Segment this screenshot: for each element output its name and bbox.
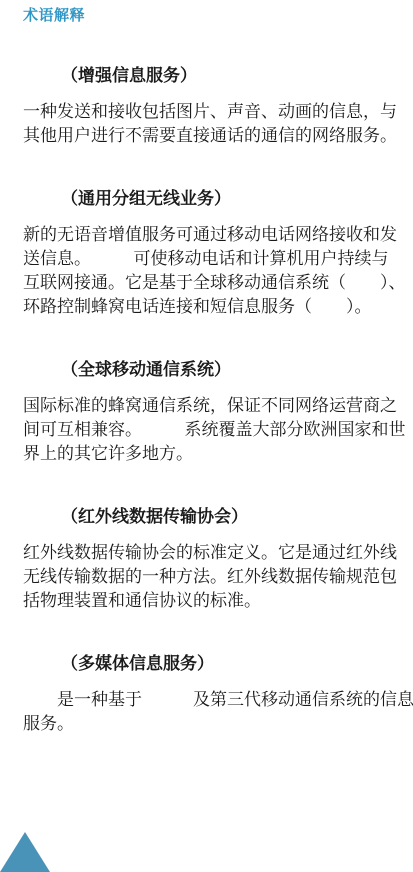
body-line: 新的无语音增值服务可通过移动电话网络接收和发 <box>23 223 399 247</box>
body-line: 间可互相兼容。 系统覆盖大部分欧洲国家和世 <box>23 418 399 442</box>
body-line: 其他用户进行不需要直接通话的通信的网络服务。 <box>23 124 399 148</box>
body-line: 环路控制蜂窝电话连接和短信息服务（ ）。 <box>23 295 399 319</box>
body-line: 无线传输数据的一种方法。红外线数据传输规范包 <box>23 565 399 589</box>
body-line: 国际标准的蜂窝通信系统，保证不同网络运营商之 <box>23 394 399 418</box>
page-corner-triangle <box>0 832 50 872</box>
body-line: 服务。 <box>23 712 399 736</box>
section-heading: （红外线数据传输协会） <box>61 505 399 529</box>
body-line: 送信息。 可使移动电话和计算机用户持续与 <box>23 247 399 271</box>
section-body: 红外线数据传输协会的标准定义。它是通过红外线无线传输数据的一种方法。红外线数据传… <box>23 541 399 613</box>
body-line: 互联网接通。它是基于全球移动通信系统（ ）、 <box>23 271 399 295</box>
body-line: 是一种基于 及第三代移动通信系统的信息 <box>23 688 399 712</box>
glossary-section: （红外线数据传输协会） 红外线数据传输协会的标准定义。它是通过红外线无线传输数据… <box>23 505 399 613</box>
page-content: 术语解释 （增强信息服务） 一种发送和接收包括图片、声音、动画的信息，与其他用户… <box>0 0 413 736</box>
section-heading: （通用分组无线业务） <box>61 187 399 211</box>
section-heading: （增强信息服务） <box>61 64 399 88</box>
section-body: 一种发送和接收包括图片、声音、动画的信息，与其他用户进行不需要直接通话的通信的网… <box>23 100 399 148</box>
body-line: 界上的其它许多地方。 <box>23 442 399 466</box>
glossary-page: 术语解释 （增强信息服务） 一种发送和接收包括图片、声音、动画的信息，与其他用户… <box>0 0 413 872</box>
section-heading: （全球移动通信系统） <box>61 358 399 382</box>
glossary-section: （通用分组无线业务） 新的无语音增值服务可通过移动电话网络接收和发送信息。 可使… <box>23 187 399 319</box>
glossary-section: （多媒体信息服务） 是一种基于 及第三代移动通信系统的信息服务。 <box>23 652 399 736</box>
section-body: 国际标准的蜂窝通信系统，保证不同网络运营商之间可互相兼容。 系统覆盖大部分欧洲国… <box>23 394 399 466</box>
section-heading: （多媒体信息服务） <box>61 652 399 676</box>
body-line: 一种发送和接收包括图片、声音、动画的信息，与 <box>23 100 399 124</box>
body-line: 红外线数据传输协会的标准定义。它是通过红外线 <box>23 541 399 565</box>
glossary-section: （增强信息服务） 一种发送和接收包括图片、声音、动画的信息，与其他用户进行不需要… <box>23 64 399 148</box>
section-body: 是一种基于 及第三代移动通信系统的信息服务。 <box>23 688 399 736</box>
glossary-sections: （增强信息服务） 一种发送和接收包括图片、声音、动画的信息，与其他用户进行不需要… <box>23 64 399 736</box>
body-line: 括物理装置和通信协议的标准。 <box>23 589 399 613</box>
glossary-section: （全球移动通信系统） 国际标准的蜂窝通信系统，保证不同网络运营商之间可互相兼容。… <box>23 358 399 466</box>
page-title: 术语解释 <box>23 6 399 25</box>
section-body: 新的无语音增值服务可通过移动电话网络接收和发送信息。 可使移动电话和计算机用户持… <box>23 223 399 319</box>
